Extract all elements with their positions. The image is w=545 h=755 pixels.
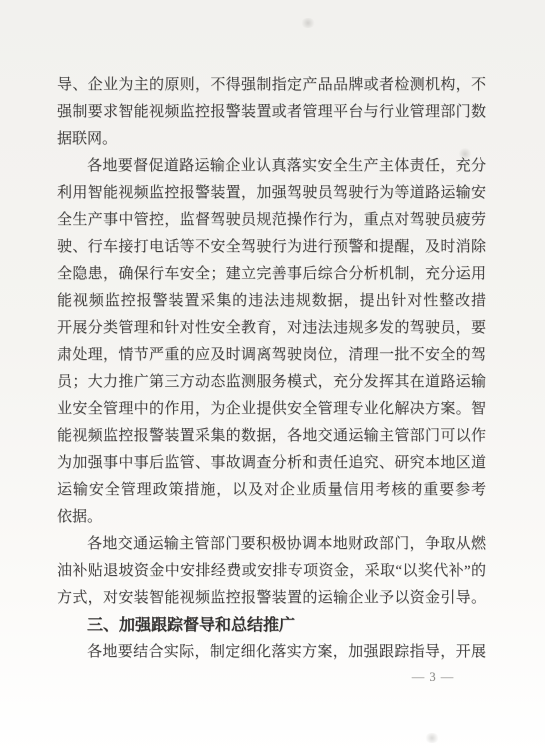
document-line: 各地要结合实际，制定细化落实方案，加强跟踪指导，开展督	[57, 639, 486, 666]
document-line: 导、企业为主的原则，不得强制指定产品品牌或者检测机构，不得	[57, 72, 486, 99]
document-line: 开展分类管理和针对性安全教育，对违法违规多发的驾驶员，要严	[57, 315, 486, 342]
document-line: 为加强事中事后监管、事故调查分析和责任追究、研究本地区道路	[57, 450, 486, 477]
document-line: 运输安全管理政策措施，以及对企业质量信用考核的重要参考	[57, 477, 486, 504]
document-line: 油补贴退坡资金中安排经费或安排专项资金，采取“以奖代补”的	[57, 558, 486, 585]
document-line: 利用智能视频监控报警装置，加强驾驶员驾驶行为等道路运输安	[57, 180, 486, 207]
page-number: — 3 —	[398, 667, 468, 687]
document-line: 各地交通运输主管部门要积极协调本地财政部门，争取从燃	[57, 531, 486, 558]
document-line: 全隐患，确保行车安全；建立完善事后综合分析机制，充分运用智	[57, 261, 486, 288]
document-line: 驶、行车接打电话等不安全驾驶行为进行预警和提醒，及时消除安	[57, 234, 486, 261]
document-line: 能视频监控报警装置采集的违法违规数据，提出针对性整改措施，	[57, 288, 486, 315]
document-line: 方式，对安装智能视频监控报警装置的运输企业予以资金引导。	[57, 585, 486, 612]
scan-speck	[424, 733, 440, 743]
document-line: 据联网。	[57, 126, 486, 153]
document-line: 员；大力推广第三方动态监测服务模式，充分发挥其在道路运输企	[57, 369, 486, 396]
document-line: 能视频监控报警装置采集的数据，各地交通运输主管部门可以作	[57, 423, 486, 450]
document-line: 强制要求智能视频监控报警装置或者管理平台与行业管理部门数	[57, 99, 486, 126]
document-line: 业安全管理中的作用，为企业提供安全管理专业化解决方案。智	[57, 396, 486, 423]
document-page: 导、企业为主的原则，不得强制指定产品品牌或者检测机构，不得强制要求智能视频监控报…	[0, 0, 545, 755]
document-line: 全生产事中管控，监督驾驶员规范操作行为，重点对驾驶员疲劳驾	[57, 207, 486, 234]
document-body: 导、企业为主的原则，不得强制指定产品品牌或者检测机构，不得强制要求智能视频监控报…	[57, 72, 486, 666]
document-line: 肃处理，情节严重的应及时调离驾驶岗位，清理一批不安全的驾驶	[57, 342, 486, 369]
document-line: 各地要督促道路运输企业认真落实安全生产主体责任，充分	[57, 153, 486, 180]
scan-speck	[300, 18, 316, 28]
section-heading: 三、加强跟踪督导和总结推广	[57, 612, 486, 639]
document-line: 依据。	[57, 504, 486, 531]
